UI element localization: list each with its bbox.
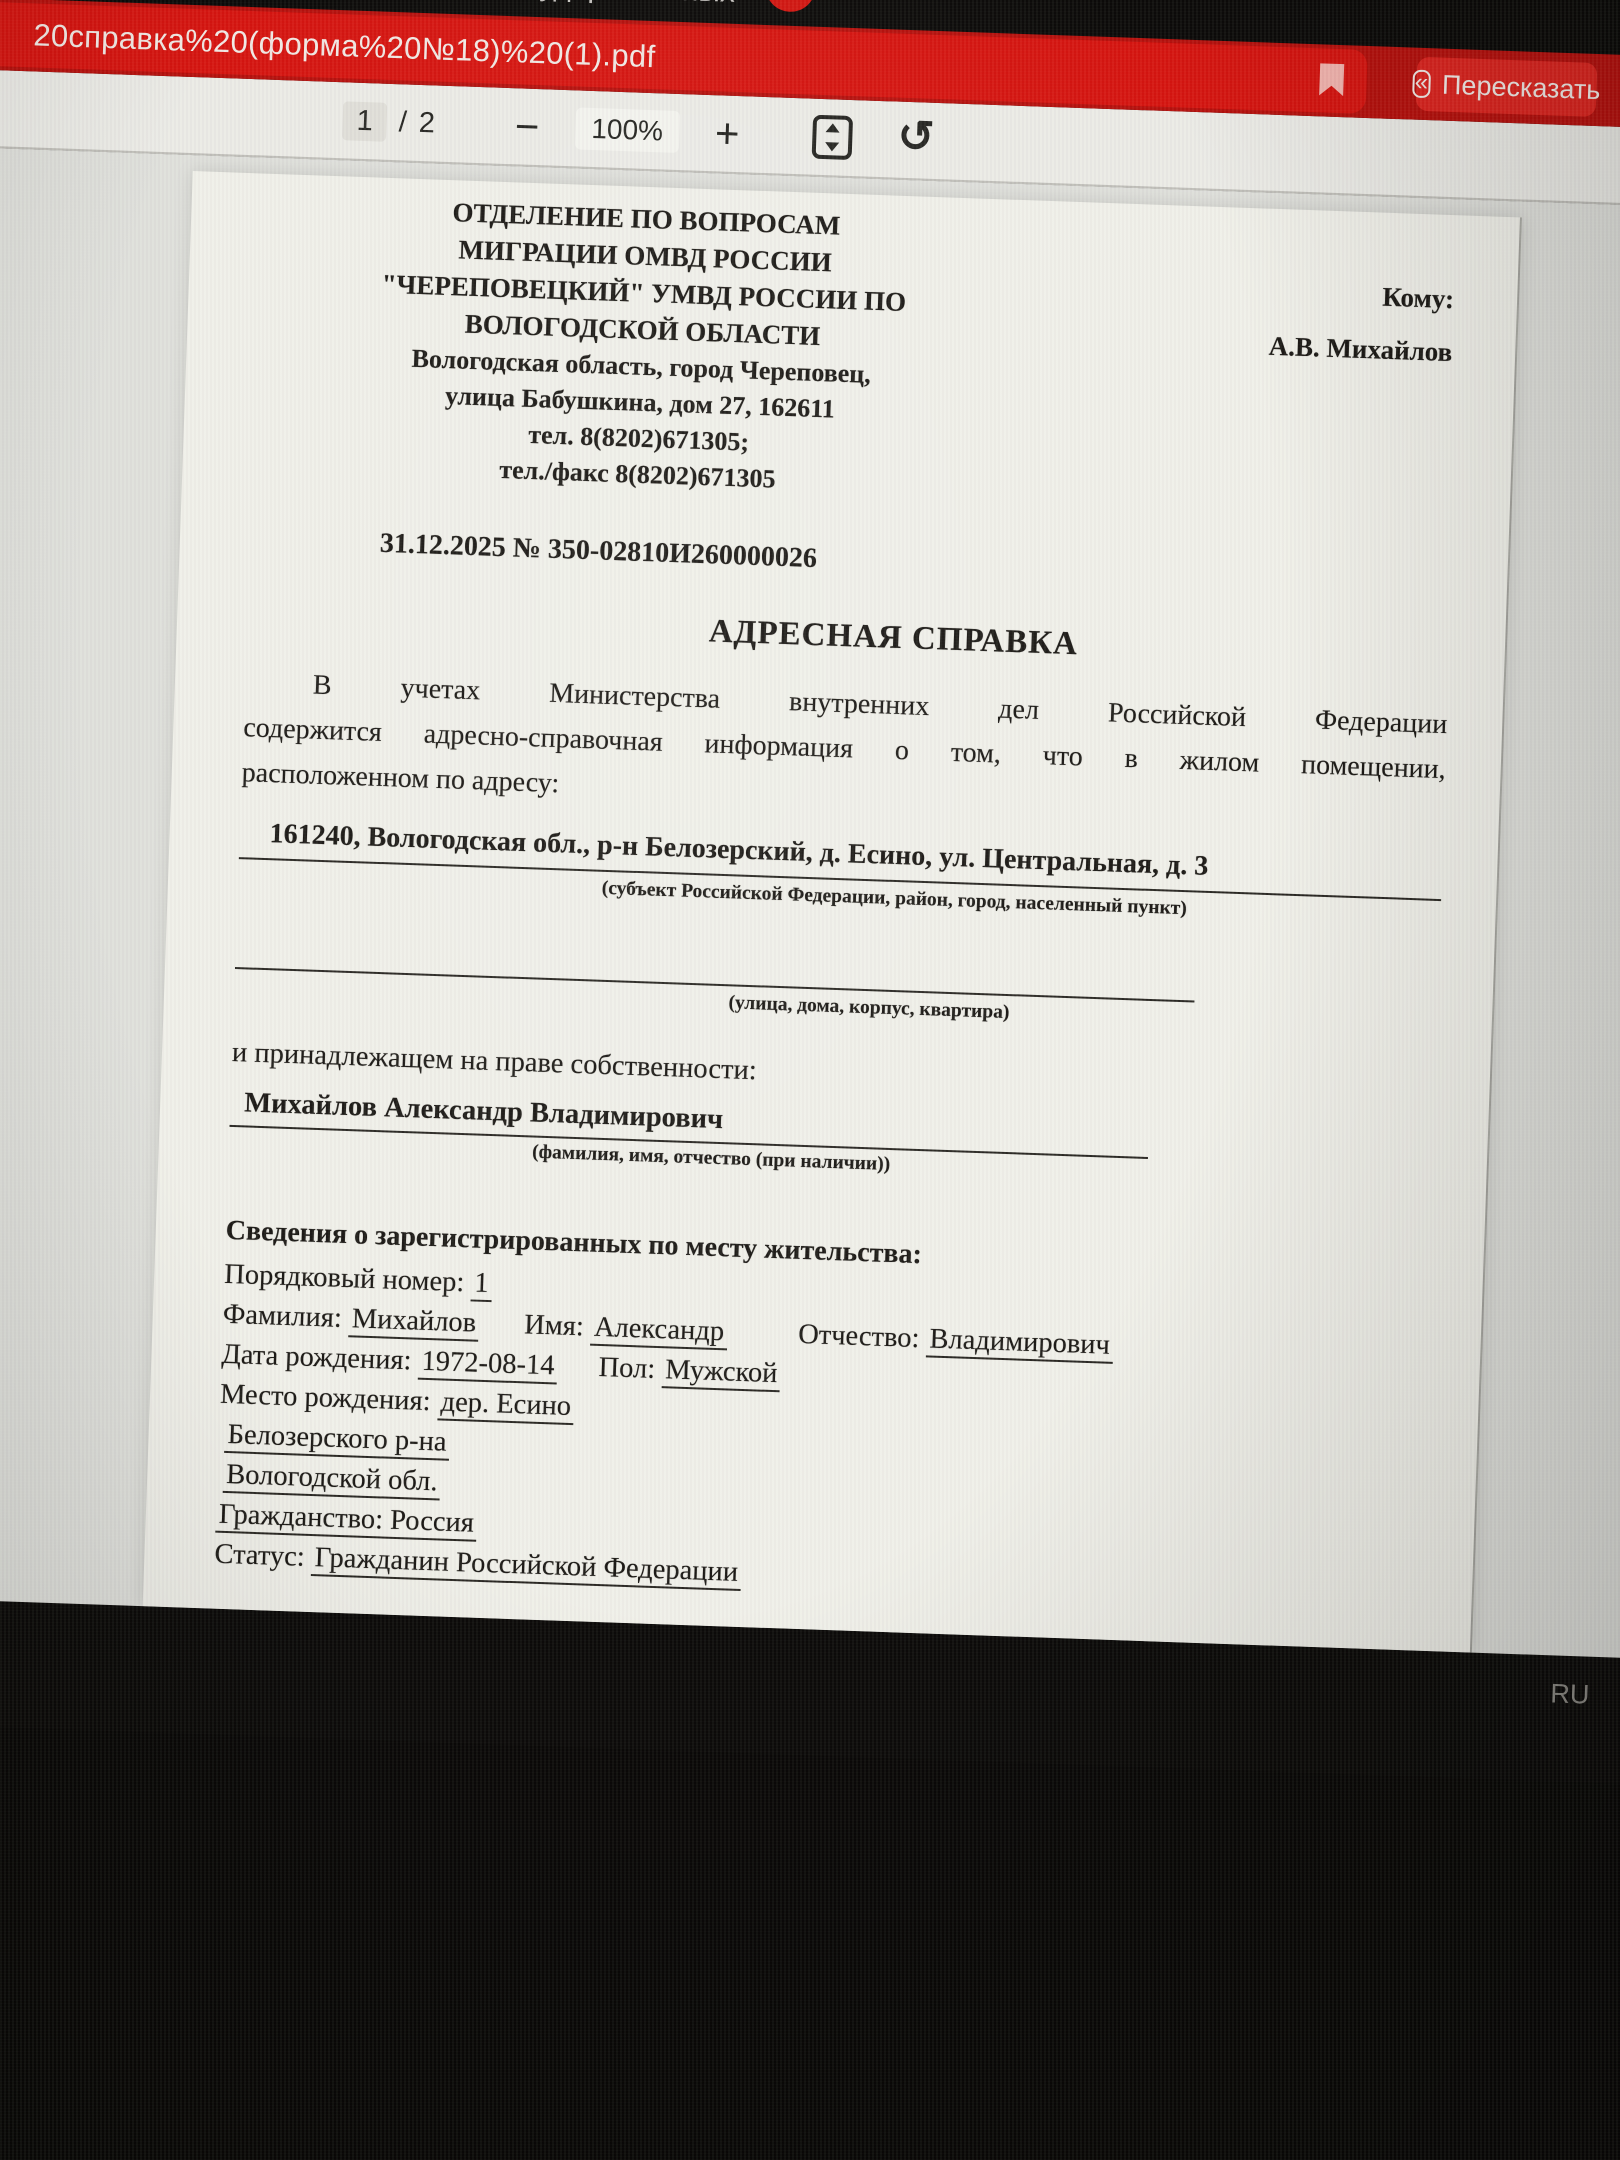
field-label: Дата рождения: <box>221 1339 412 1377</box>
reference-number: 31.12.2025 № 350-02810И260000026 <box>379 528 1452 597</box>
field-value: Михайлов <box>348 1303 479 1342</box>
document-title: АДРЕСНАЯ СПРАВКА <box>292 599 1496 678</box>
plus-icon: + <box>777 0 803 6</box>
keyboard-layout-indicator: RU <box>1550 1678 1590 1710</box>
field-label: Фамилия: <box>222 1299 342 1334</box>
addressee-block: Кому: А.В. Михайлов <box>1075 216 1465 521</box>
quote-icon: « <box>1412 70 1430 99</box>
field-label: Статус: <box>214 1539 305 1573</box>
new-tab-button[interactable]: + <box>765 0 817 13</box>
tab-gosuslugi-2[interactable]: Портал государственных <box>343 0 736 10</box>
retell-label: Пересказать <box>1442 69 1601 106</box>
field-value: 1 <box>471 1267 492 1302</box>
field-value: Белозерского р-на <box>224 1419 450 1461</box>
field-value: Владимирович <box>926 1323 1114 1363</box>
field-value: 1972-08-14 <box>418 1346 558 1385</box>
retell-button[interactable]: « Пересказать <box>1416 57 1598 117</box>
zoom-out-button[interactable]: − <box>514 105 540 148</box>
field-label: Место рождения: <box>220 1379 432 1417</box>
field-label: Пол: <box>598 1352 656 1385</box>
addressee-name: А.В. Михайлов <box>1080 324 1453 368</box>
issuing-office-block: ОТДЕЛЕНИЕ ПО ВОПРОСАМ МИГРАЦИИ ОМВД РОСС… <box>252 187 1032 506</box>
to-label: Кому: <box>1082 271 1455 315</box>
intro-paragraph: В учетах Министерства внутренних дел Рос… <box>241 660 1448 837</box>
page-number-input[interactable]: 1 <box>342 101 387 142</box>
zoom-in-button[interactable]: + <box>714 112 740 155</box>
bookmark-icon[interactable] <box>1318 62 1345 97</box>
browser-window: Портал государственных Портал государств… <box>0 0 1620 1786</box>
registered-fields: Порядковый номер: 1 Фамилия: Михайлов Им… <box>214 1255 1427 1617</box>
pdf-viewer[interactable]: ОТДЕЛЕНИЕ ПО ВОПРОСАМ МИГРАЦИИ ОМВД РОСС… <box>0 146 1620 1660</box>
field-value: Мужской <box>662 1354 781 1392</box>
page-total: 2 <box>418 106 435 140</box>
field-label: Имя: <box>524 1309 585 1342</box>
document-page: ОТДЕЛЕНИЕ ПО ВОПРОСАМ МИГРАЦИИ ОМВД РОСС… <box>143 171 1522 1653</box>
tab-label: Портал государственных <box>387 0 736 10</box>
field-value: дер. Есино <box>437 1386 575 1425</box>
rotate-icon[interactable]: ↺ <box>897 115 935 160</box>
field-value: Вологодской обл. <box>223 1459 441 1501</box>
zoom-level: 100% <box>575 107 680 153</box>
field-value: Александр <box>590 1312 727 1351</box>
fit-page-button[interactable] <box>811 114 855 161</box>
url-text: 20справка%20(форма%20№18)%20(1).pdf <box>33 17 656 75</box>
document-header: ОТДЕЛЕНИЕ ПО ВОПРОСАМ МИГРАЦИИ ОМВД РОСС… <box>252 187 1464 521</box>
screen-photo: Портал государственных Портал государств… <box>0 0 1620 2160</box>
field-label: Отчество: <box>798 1319 920 1354</box>
fit-page-icon <box>811 114 855 161</box>
page-separator: / <box>398 106 407 139</box>
field-label: Порядковый номер: <box>224 1259 465 1298</box>
